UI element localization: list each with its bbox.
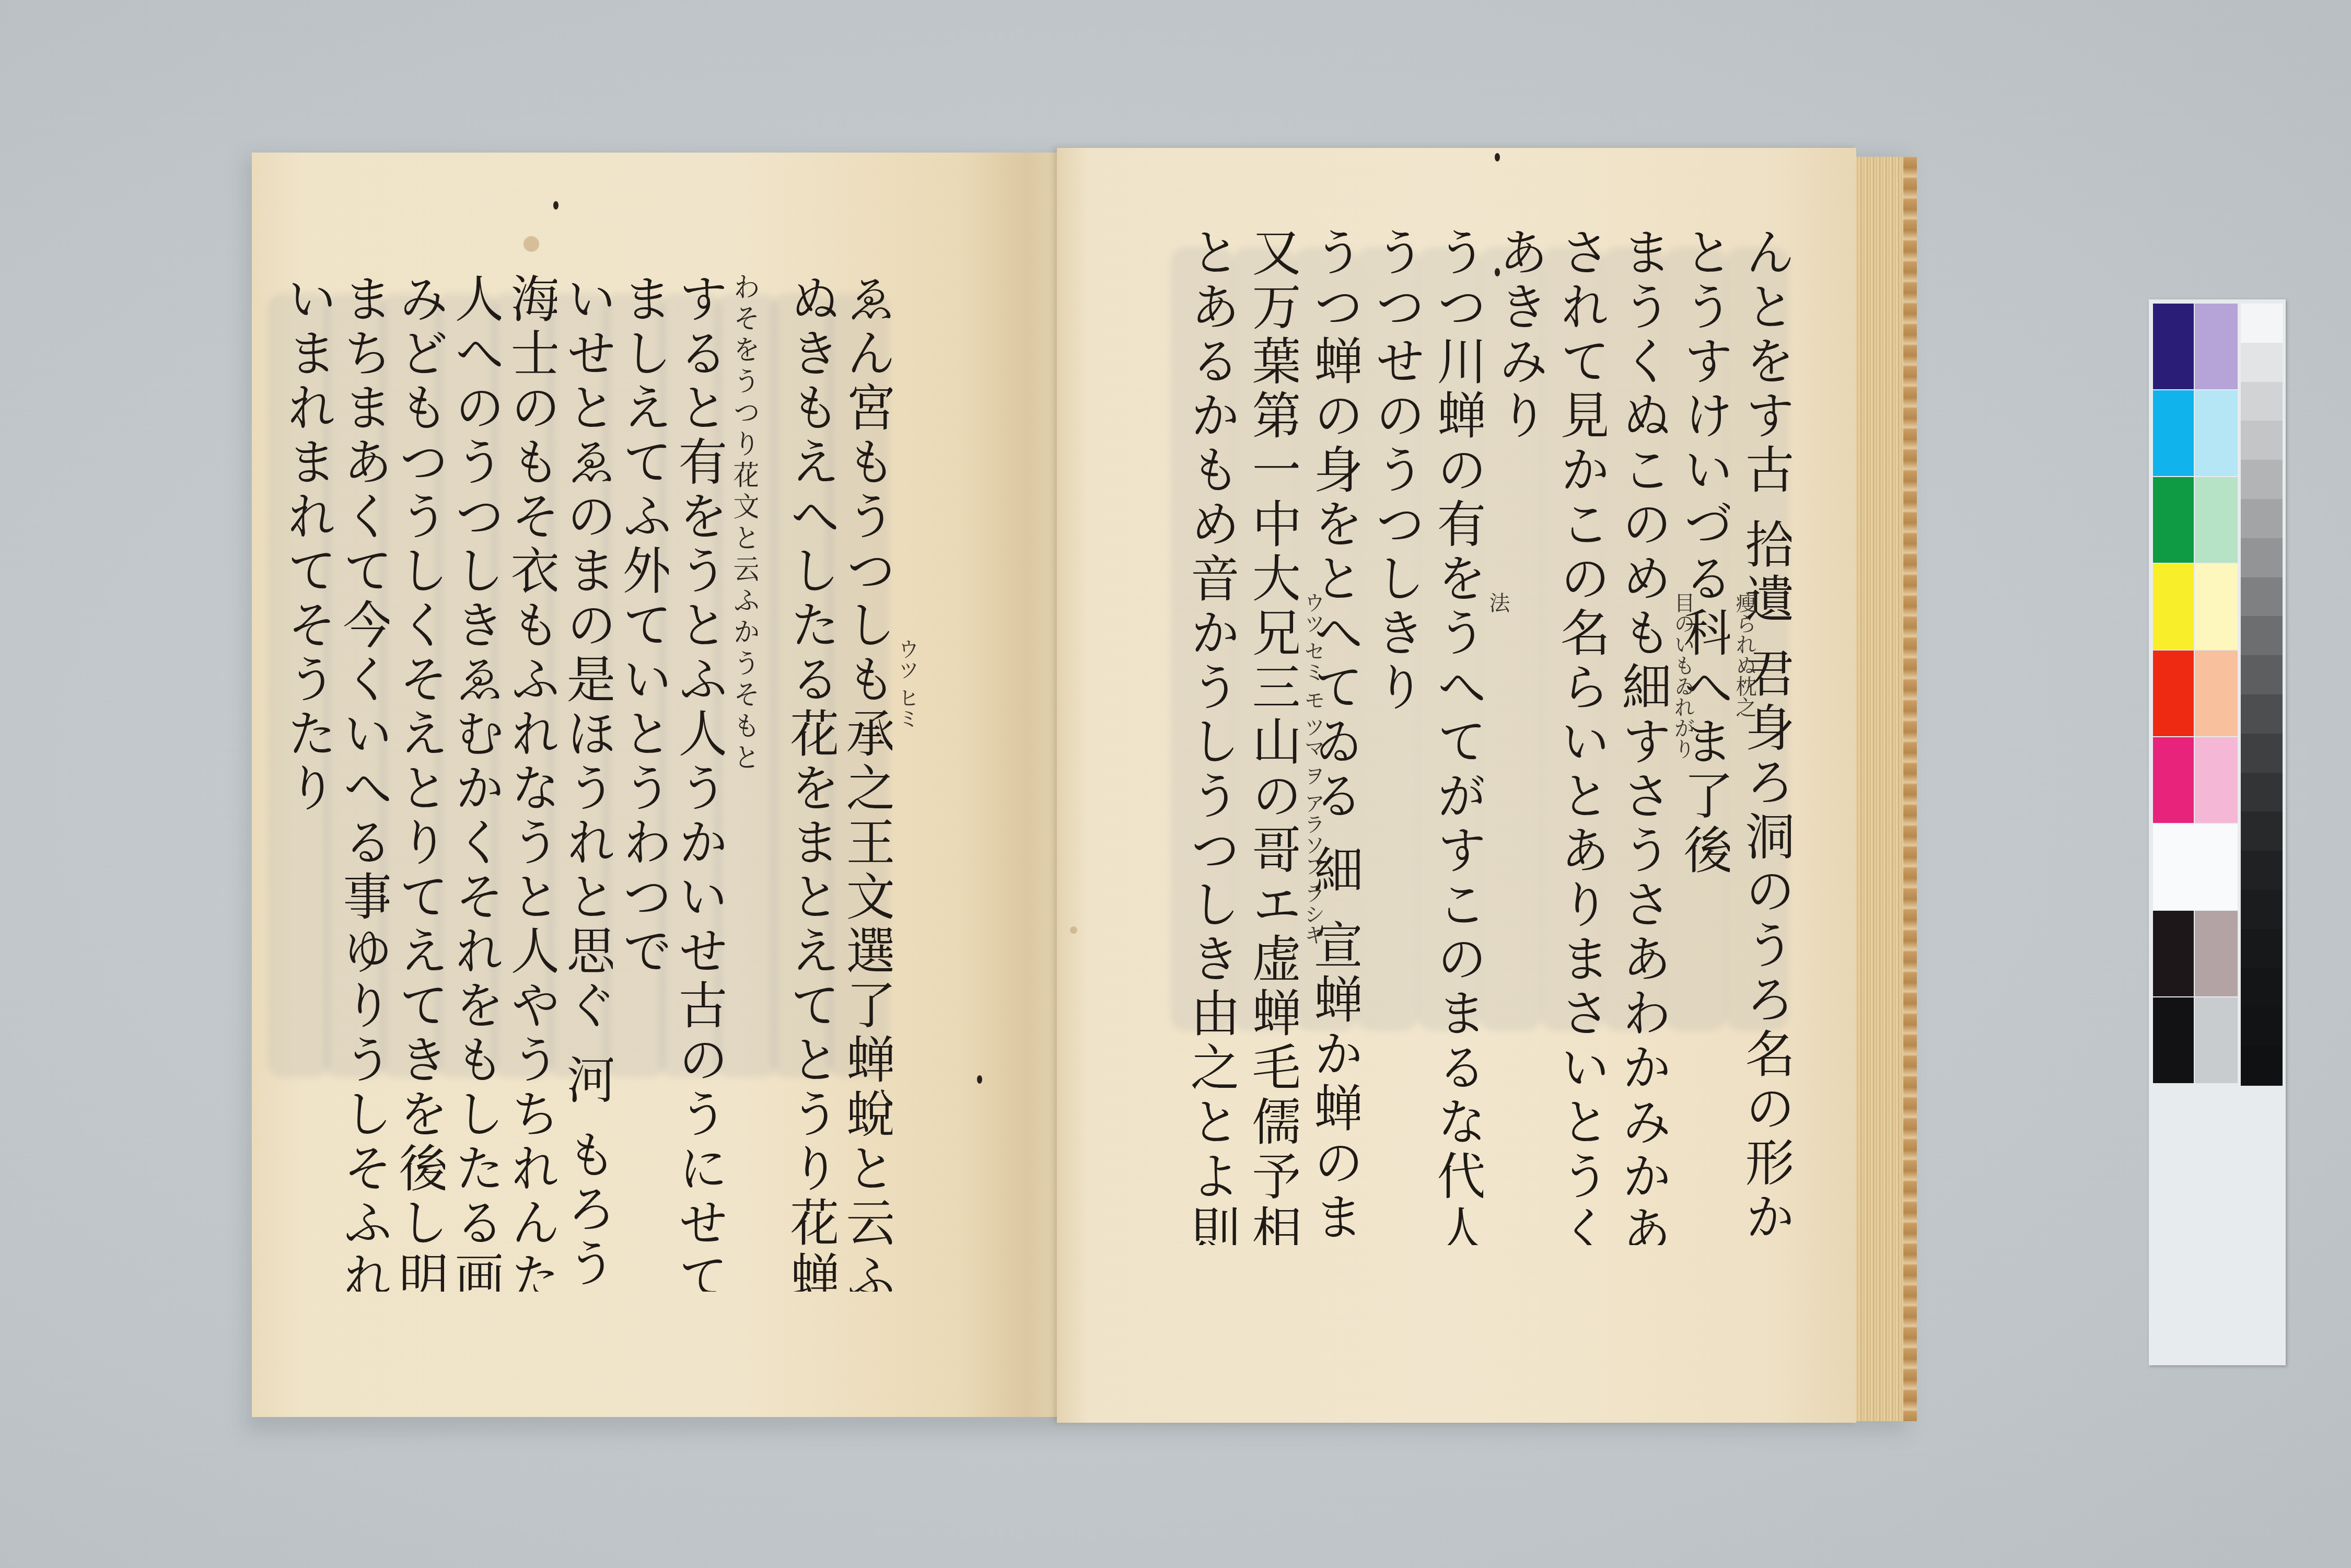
grayscale-step xyxy=(2241,694,2283,734)
text-column: されて見かこの名らいとありまさいとうくはいる xyxy=(1556,226,1607,1245)
text-column: いまれまれてそうたり xyxy=(283,273,333,1292)
color-patch xyxy=(2195,477,2238,563)
grayscale-step xyxy=(2241,382,2283,422)
color-patch xyxy=(2153,304,2194,389)
text-column: うつせのうつしきり xyxy=(1371,226,1422,1245)
text-column: まちまあくて今くいへる事ゆりうしそふれなり xyxy=(339,273,389,1292)
grayscale-step xyxy=(2241,304,2283,343)
text-column: ましえてふ外ていとうわつで xyxy=(619,273,669,1292)
color-patch xyxy=(2195,304,2238,389)
white-patch xyxy=(2153,824,2238,911)
text-column: んとをす古 拾遺 君身ろ洞のうろ名の形かに織 xyxy=(1741,226,1791,1245)
ink-spot xyxy=(1495,153,1500,161)
color-patch xyxy=(2153,390,2194,476)
furigana: 法 xyxy=(1483,592,1513,613)
grayscale-step xyxy=(2241,499,2283,539)
text-column: あきみり xyxy=(1495,226,1545,1245)
text-column: わそをうつり花文と云ふかうそもと xyxy=(730,273,758,1292)
color-patch xyxy=(2195,911,2238,996)
left-page: ゑん宮もうつしも承之王文選了蝉蛻と云ふのウツ ヒミぬきもえへしたる花をまとえてと… xyxy=(252,153,1059,1417)
color-patch xyxy=(2195,390,2238,476)
book-cover-edge xyxy=(1903,157,1917,1421)
grayscale-step xyxy=(2241,929,2283,969)
color-patch xyxy=(2195,564,2238,649)
grayscale-step xyxy=(2241,577,2283,617)
grayscale-step xyxy=(2241,968,2283,1008)
grayscale-step xyxy=(2241,460,2283,500)
paper-stain xyxy=(1070,926,1077,934)
color-patch xyxy=(2153,651,2194,736)
grayscale-step xyxy=(2241,811,2283,851)
text-column: ゑん宮もうつしも承之王文選了蝉蛻と云ふの xyxy=(842,273,892,1292)
text-column: ぬきもえへしたる花をまとえてとうり花蝉のぬ音 xyxy=(786,273,836,1292)
text-column: まうくぬこのめも細すさうさあわかみかあまく xyxy=(1618,226,1668,1245)
grayscale-step xyxy=(2241,616,2283,656)
page-stack-edge xyxy=(1856,157,1903,1421)
color-patch xyxy=(2195,997,2238,1083)
color-patch xyxy=(2195,737,2238,823)
color-patch xyxy=(2153,564,2194,649)
grayscale-step xyxy=(2241,1007,2283,1047)
grayscale-step xyxy=(2241,734,2283,773)
paper-stain xyxy=(523,236,539,252)
color-patch xyxy=(2195,651,2238,736)
ink-spot xyxy=(1495,268,1500,276)
grayscale-step xyxy=(2241,851,2283,890)
text-column: みどもつうしくそえとりてえてきを後し明ふ是非 xyxy=(395,273,445,1292)
furigana: 瘦られぬ枕之 xyxy=(1730,592,1760,717)
grayscale-step xyxy=(2241,538,2283,578)
text-column: 又万葉第一中大兄三山の哥エ虚蝉毛儒予相挌良思吉 xyxy=(1248,226,1298,1245)
text-column: すると有をうとふ人うかいせ古のうにせて念 xyxy=(674,273,725,1292)
grayscale-step xyxy=(2241,655,2283,695)
text-column: とあるかもめ音かうしうつしき由之とよ則か銘のしは xyxy=(1186,226,1237,1245)
text-column: 人へのうつしきゑむかくそれをもしたる画と xyxy=(451,273,501,1292)
furigana: ウツ ヒミ xyxy=(892,638,922,729)
furigana: ウツ セミ モ ツマ ヲ アラソフ ラシキ xyxy=(1298,592,1328,945)
ink-spot xyxy=(977,1075,982,1084)
color-patch xyxy=(2153,997,2194,1083)
color-calibration-chart xyxy=(2149,299,2286,1365)
color-patch xyxy=(2153,737,2194,823)
grayscale-step xyxy=(2241,343,2283,382)
right-page: んとをす古 拾遺 君身ろ洞のうろ名の形かに織とうすけいづる科へま了後瘦られぬ枕之… xyxy=(1057,148,1856,1423)
text-column: うつ川蝉の有をうへてがすこのまるな代人 xyxy=(1433,226,1483,1245)
grayscale-step xyxy=(2241,773,2283,812)
color-patch xyxy=(2153,477,2194,563)
ink-spot xyxy=(553,201,558,210)
grayscale-step xyxy=(2241,890,2283,930)
text-column: いせとゑのまの是ほうれと思ぐ 河 もろう 川いせと礼 xyxy=(563,273,613,1292)
text-column: 海士のもそ衣もふれなうと人やうちれんた社 xyxy=(507,273,557,1292)
furigana: 目のいもゐれがり xyxy=(1668,592,1698,759)
grayscale-step xyxy=(2241,421,2283,460)
color-patch xyxy=(2153,911,2194,996)
grayscale-step xyxy=(2241,1046,2283,1086)
